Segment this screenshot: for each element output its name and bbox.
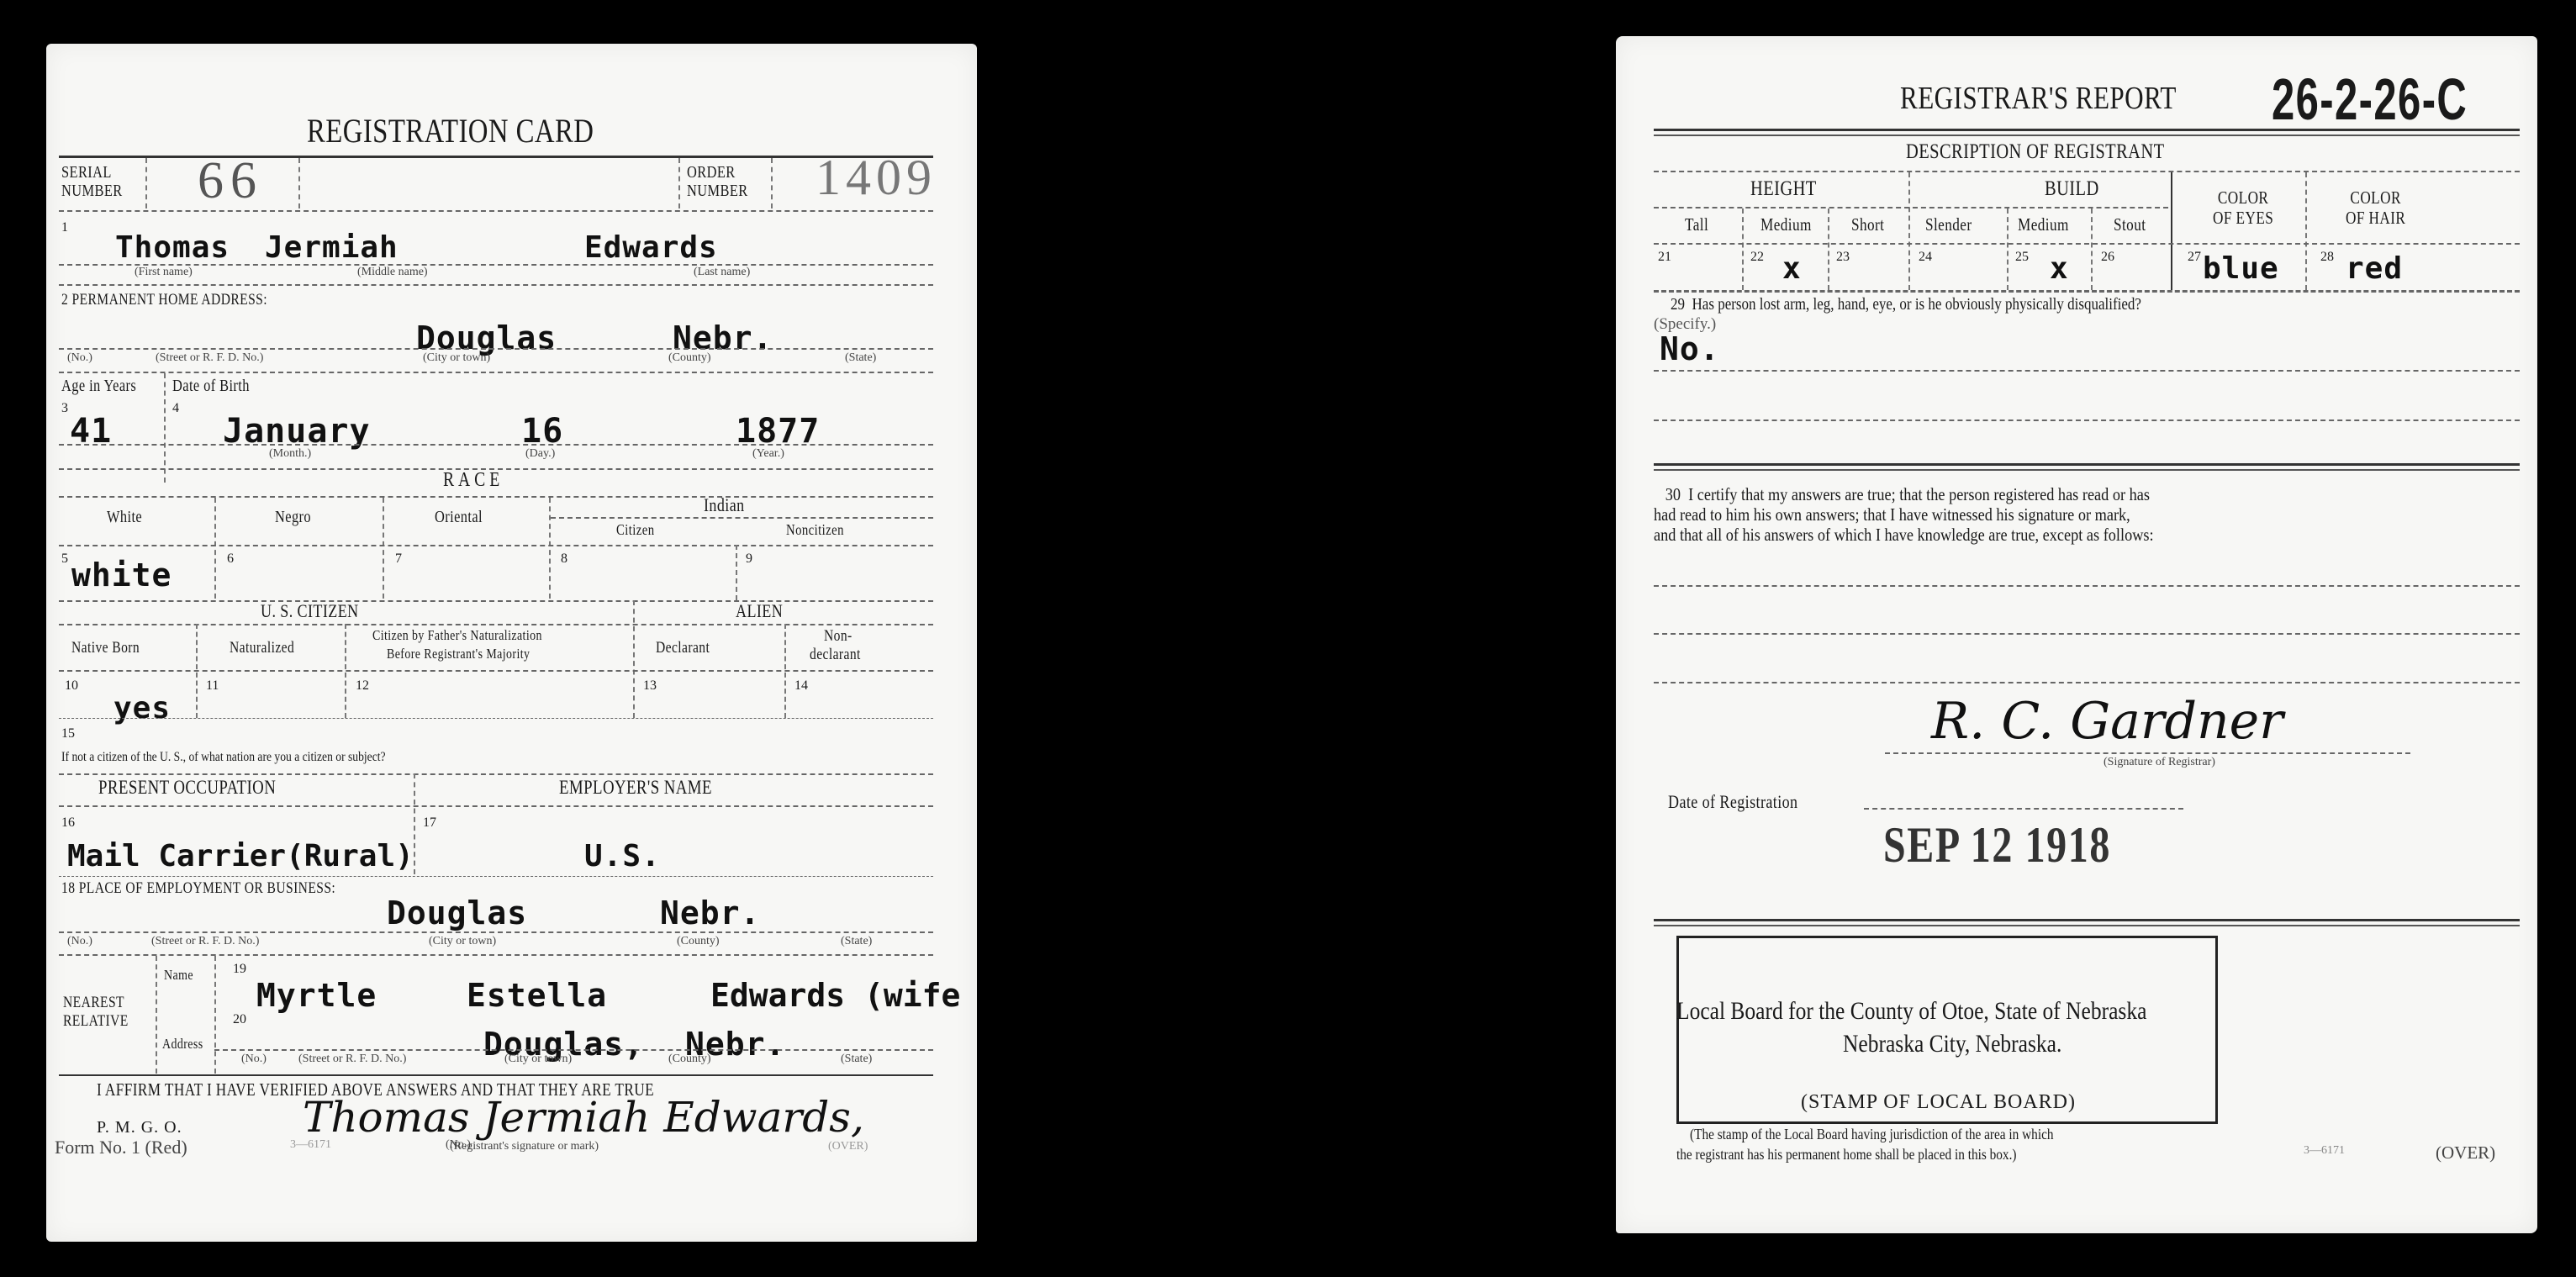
divider [59, 284, 933, 286]
field-number: 8 [561, 551, 567, 567]
divider [59, 210, 933, 212]
last-name-label: (Last name) [694, 266, 750, 279]
divider [59, 156, 933, 158]
divider [59, 372, 933, 373]
employment-county-value: Nebr. [660, 894, 760, 931]
place-of-employment-heading: 18 PLACE OF EMPLOYMENT OR BUSINESS: [61, 879, 335, 898]
divider [1828, 208, 1829, 290]
divider [1885, 752, 2410, 754]
divider [633, 600, 635, 718]
address-label: (No.) [241, 1053, 267, 1066]
build-heading: BUILD [2045, 177, 2099, 201]
build-stout: Stout [2114, 214, 2146, 235]
divider [1654, 585, 2520, 587]
divider [549, 498, 551, 599]
build-medium-mark: x [2050, 251, 2069, 286]
q30-line: and that all of his answers of which I h… [1654, 525, 2154, 545]
q30-text: 30 I certify that my answers are true; t… [1654, 484, 2154, 545]
field-number: 11 [206, 678, 219, 694]
print-code: 3—6171 [2304, 1144, 2345, 1158]
divider [551, 517, 933, 519]
divider [59, 600, 933, 602]
first-name-label: (First name) [135, 266, 193, 279]
divider [1654, 633, 2520, 635]
divider [1742, 208, 1744, 290]
height-heading: HEIGHT [1750, 177, 1817, 201]
field-number: 21 [1658, 250, 1671, 265]
dob-month-label: (Month.) [269, 447, 311, 461]
form-id: P. M. G. O. [97, 1118, 182, 1137]
local-board-line-1: Local Board for the County of Otoe, Stat… [1676, 997, 2146, 1026]
occupation-value: Mail Carrier(Rural) [67, 839, 414, 873]
field-number: 9 [746, 551, 752, 567]
relative-name-label: Name [164, 967, 193, 984]
age-label: Age in Years [61, 377, 136, 396]
height-tall: Tall [1685, 214, 1708, 235]
race-col-white: White [107, 508, 142, 527]
stamp-label: (STAMP OF LOCAL BOARD) [1801, 1091, 2076, 1114]
divider [1654, 370, 2520, 372]
registrar-signature-label: (Signature of Registrar) [2104, 756, 2215, 769]
height-medium: Medium [1760, 214, 1812, 235]
divider [164, 373, 166, 483]
col-native-born: Native Born [71, 639, 140, 657]
race-value: white [71, 557, 172, 594]
q29-text: 29 Has person lost arm, leg, hand, eye, … [1671, 295, 2141, 314]
home-address-heading: 2 PERMANENT HOME ADDRESS: [61, 291, 267, 309]
address-label: (County) [668, 1053, 711, 1066]
field-number: 13 [643, 678, 657, 694]
hair-color-heading: COLOR OF HAIR [2346, 187, 2405, 228]
address-label: (City or town) [504, 1053, 572, 1066]
alien-heading: ALIEN [736, 600, 783, 622]
divider [214, 498, 216, 599]
divider [2171, 172, 2172, 290]
relative-address-label: Address [162, 1036, 203, 1053]
divider [59, 876, 933, 877]
order-label-line: NUMBER [687, 182, 748, 200]
address-label: (County) [668, 351, 711, 365]
divider [214, 1049, 933, 1051]
over-label: (OVER) [828, 1140, 868, 1153]
hair-color-value: red [2346, 251, 2403, 286]
field-number: 23 [1836, 250, 1850, 265]
divider [2007, 208, 2009, 290]
field-number: 22 [1750, 250, 1764, 265]
address-label: (Street or R. F. D. No.) [151, 935, 259, 948]
divider [736, 545, 737, 600]
middle-name-value: Jermiah [265, 230, 399, 265]
field-number: 24 [1919, 250, 1932, 265]
q30-line: I certify that my answers are true; that… [1688, 484, 2150, 504]
field-number: 26 [2101, 250, 2114, 265]
field-number: 16 [61, 815, 75, 831]
field-number: 17 [423, 815, 436, 831]
us-citizen-heading: U. S. CITIZEN [261, 600, 359, 622]
address-label: (City or town) [423, 351, 490, 365]
employer-value: U.S. [584, 839, 661, 873]
divider [1654, 129, 2520, 136]
divider [59, 1074, 933, 1076]
divider [771, 158, 773, 208]
heading-line: COLOR [2346, 187, 2405, 208]
heading-line: COLOR [2213, 187, 2273, 208]
col-declarant: Declarant [656, 639, 710, 657]
address-label: (State) [841, 1053, 872, 1066]
divider [59, 348, 933, 350]
order-number: 1409 [816, 149, 937, 207]
eye-color-heading: COLOR OF EYES [2213, 187, 2273, 228]
field-number: 7 [395, 551, 402, 567]
divider [59, 954, 933, 956]
relative-last-name: Edwards (wife [710, 977, 960, 1014]
employment-city-value: Douglas [387, 894, 527, 931]
registrar-signature: R. C. Gardner [1931, 692, 2283, 751]
address-label: (City or town) [429, 935, 496, 948]
col-naturalized: Naturalized [230, 639, 294, 657]
divider [145, 158, 147, 208]
divider [1654, 171, 2520, 172]
address-label: (State) [841, 935, 872, 948]
heading-line: OF EYES [2213, 208, 2273, 228]
divider [59, 496, 933, 498]
divider [156, 956, 157, 1074]
dob-label: Date of Birth [172, 377, 250, 396]
middle-name-label: (Middle name) [357, 266, 428, 279]
q29-answer: No. [1660, 330, 1720, 367]
divider [1654, 420, 2520, 421]
report-title: REGISTRAR'S REPORT [1900, 80, 2177, 117]
field-number: 1 [61, 220, 68, 235]
field-number: 27 [2188, 250, 2201, 265]
field-number: 25 [2015, 250, 2029, 265]
stamp-footer-2: the registrant has his permanent home sh… [1676, 1146, 2016, 1164]
heading-line: OF HAIR [2346, 208, 2405, 228]
divider [2305, 172, 2307, 290]
employer-heading: EMPLOYER'S NAME [559, 777, 712, 799]
col-non-declarant: Non- [824, 627, 853, 646]
field-number: 10 [65, 678, 78, 694]
field-number: 14 [794, 678, 808, 694]
field-number: 12 [356, 678, 369, 694]
divider [1654, 243, 2520, 245]
field-number: 30 [1665, 484, 1681, 504]
divider [59, 718, 933, 719]
serial-label-line: NUMBER [61, 182, 123, 200]
field-number: 6 [227, 551, 234, 567]
divider [59, 545, 933, 546]
native-born-value: yes [113, 691, 171, 726]
local-board-line-2: Nebraska City, Nebraska. [1843, 1030, 2061, 1058]
q29-question: Has person lost arm, leg, hand, eye, or … [1692, 295, 2141, 314]
description-heading: DESCRIPTION OF REGISTRANT [1906, 140, 2165, 164]
field-number: 4 [172, 401, 179, 416]
address-label: (No.) [67, 351, 92, 365]
relative-middle-name: Estella [467, 977, 607, 1014]
field-number: 20 [233, 1012, 246, 1027]
nearest-relative-line: RELATIVE [63, 1012, 129, 1031]
first-name-value: Thomas [115, 230, 230, 265]
registrant-signature: Thomas Jermiah Edwards, [303, 1093, 864, 1142]
divider [1654, 463, 2520, 471]
divider [1654, 290, 2520, 293]
occupation-heading: PRESENT OCCUPATION [98, 777, 276, 799]
divider [678, 158, 680, 208]
build-slender: Slender [1925, 214, 1972, 235]
nation-question: If not a citizen of the U. S., of what n… [61, 750, 386, 765]
race-col-oriental: Oriental [435, 508, 483, 527]
print-code: 3—6171 [290, 1138, 331, 1152]
date-of-registration-label: Date of Registration [1668, 791, 1797, 813]
divider [414, 773, 415, 874]
col-father-naturalization: Citizen by Father's Naturalization [372, 627, 542, 644]
order-number-label: ORDER NUMBER [687, 163, 748, 200]
race-heading: RACE [443, 469, 504, 492]
field-number: 5 [61, 551, 68, 567]
dob-day-label: (Day.) [525, 447, 555, 461]
eye-color-value: blue [2203, 251, 2279, 286]
divider [2091, 208, 2093, 290]
height-short: Short [1851, 214, 1884, 235]
field-number: 28 [2320, 250, 2334, 265]
serial-number-label: SERIAL NUMBER [61, 163, 123, 200]
date-of-registration-stamp: SEP 12 1918 [1883, 816, 2111, 874]
divider [298, 158, 300, 208]
field-number: 15 [61, 726, 75, 741]
form-number: Form No. 1 (Red) [55, 1137, 187, 1158]
field-number: 19 [233, 962, 246, 977]
address-label: (Street or R. F. D. No.) [156, 351, 263, 365]
divider [59, 444, 933, 446]
divider [1654, 682, 2520, 683]
address-label: (State) [845, 351, 876, 365]
stamp-footer-1: (The stamp of the Local Board having jur… [1690, 1126, 2054, 1143]
q30-line: had read to him his own answers; that I … [1654, 504, 2154, 525]
divider [383, 498, 384, 599]
race-col-negro: Negro [275, 508, 311, 527]
address-label: (Street or R. F. D. No.) [298, 1053, 406, 1066]
order-label-line: ORDER [687, 163, 748, 182]
height-medium-mark: x [1782, 251, 1802, 286]
last-name-value: Edwards [584, 230, 718, 265]
nearest-relative-line: NEAREST [63, 994, 129, 1012]
race-col-indian: Indian [704, 494, 745, 516]
divider [214, 956, 216, 1074]
dob-year-label: (Year.) [752, 447, 784, 461]
over-label: (OVER) [2436, 1142, 2495, 1164]
report-code: 26-2-26-C [2272, 66, 2468, 133]
divider [59, 773, 933, 775]
serial-number: 66 [198, 151, 263, 211]
divider [1654, 919, 2520, 926]
serial-label-line: SERIAL [61, 163, 123, 182]
registration-card: REGISTRATION CARD SERIAL NUMBER 66 ORDER… [46, 44, 977, 1242]
race-col-indian-noncitizen: Noncitizen [786, 521, 844, 539]
address-label: (County) [677, 935, 720, 948]
nearest-relative-label: NEAREST RELATIVE [63, 994, 129, 1031]
relative-first-name: Myrtle [256, 977, 377, 1014]
col-before-majority: Before Registrant's Majority [387, 646, 530, 662]
address-label: (No.) [67, 935, 92, 948]
divider [59, 624, 933, 625]
divider [1908, 172, 1910, 290]
col-non-declarant-2: declarant [810, 646, 861, 664]
field-number: 3 [61, 401, 68, 416]
signature-label: (Registrant's signature or mark) [450, 1140, 599, 1153]
divider [59, 670, 933, 672]
divider [59, 931, 933, 933]
field-number: 29 [1671, 295, 1685, 314]
registrars-report-card: REGISTRAR'S REPORT 26-2-26-C DESCRIPTION… [1616, 36, 2537, 1233]
race-col-indian-citizen: Citizen [616, 521, 655, 539]
divider [59, 805, 933, 807]
divider [1864, 808, 2183, 810]
build-medium: Medium [2018, 214, 2069, 235]
card-title: REGISTRATION CARD [307, 111, 594, 150]
